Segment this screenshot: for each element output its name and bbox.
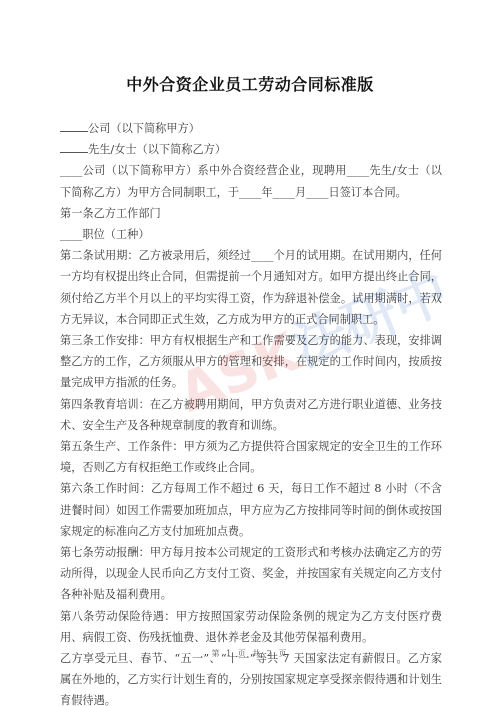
blank-field (60, 140, 88, 153)
article-5-conditions: 第五条生产、工作条件：甲方须为乙方提供符合国家规定的安全卫生的工作环境，否则乙方… (60, 436, 442, 478)
party-a-line: 公司（以下简称甲方） (60, 118, 442, 139)
document-body: 公司（以下简称甲方） 先生/女士（以下简称乙方） ____公司（以下简称甲方）系… (60, 118, 442, 706)
document-title: 中外合资企业员工劳动合同标准版 (0, 72, 500, 95)
article-7-remuneration: 第七条劳动报酬：甲方每月按本公司规定的工资形式和考核办法确定乙方的劳动所得，以现… (60, 542, 442, 606)
article-4-training: 第四条教育培训：在乙方被聘用期间，甲方负责对乙方进行职业道德、业务技术、安全生产… (60, 394, 442, 436)
article-3-work-arrangement: 第三条工作安排：甲方有权根据生产和工作需要及乙方的能力、表现，安排调整乙方的工作… (60, 330, 442, 394)
party-b-line: 先生/女士（以下简称乙方） (60, 139, 442, 160)
position-line: ____职位（工种） (60, 224, 442, 245)
document-page: 中外合资企业员工劳动合同标准版 公司（以下简称甲方） 先生/女士（以下简称乙方）… (0, 0, 500, 706)
article-2-probation: 第二条试用期：乙方被录用后，须经过____个月的试用期。在试用期内，任何一方均有… (60, 245, 442, 330)
article-8-insurance: 第八条劳动保险待遇：甲方按照国家劳动保险条例的规定为乙方支付医疗费用、病假工资、… (60, 606, 442, 648)
preamble-paragraph: ____公司（以下简称甲方）系中外合资经营企业，现聘用____先生/女士（以下简… (60, 160, 442, 202)
page-footer: 第 1 页 共 2 页 (0, 648, 500, 659)
article-1-heading: 第一条乙方工作部门 (60, 203, 442, 224)
blank-field (60, 119, 88, 132)
article-6-work-hours: 第六条工作时间：乙方每周工作不超过 6 天，每日工作不超过 8 小时（不含进餐时… (60, 478, 442, 542)
